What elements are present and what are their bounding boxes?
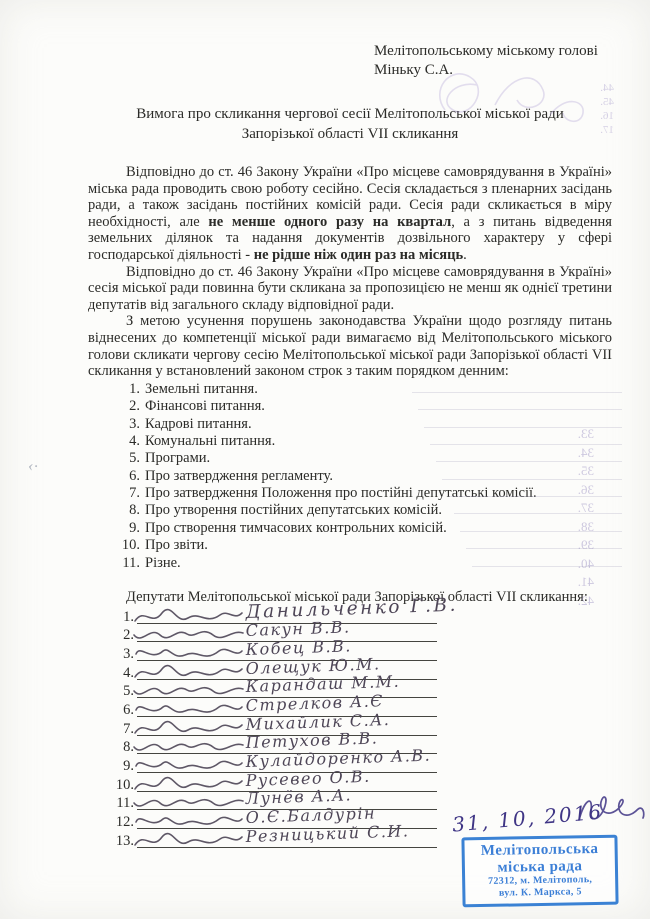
- agenda-item-number: 1.: [88, 381, 140, 398]
- bleedthrough-number: 42.: [568, 593, 594, 609]
- bleedthrough-line: [460, 531, 622, 532]
- bleedthrough-line: [454, 513, 622, 514]
- bleedthrough-line: [418, 409, 622, 410]
- paragraph: Відповідно до ст. 46 Закону України «Про…: [88, 164, 612, 264]
- date-signature-squiggle: [575, 790, 647, 834]
- bleedthrough-line: [442, 479, 622, 480]
- bleedthrough-number: 34.: [568, 445, 594, 461]
- agenda-item: 3.Кадрові питання.: [88, 416, 612, 433]
- agenda-item-text: Про утворення постійних депутатських ком…: [140, 502, 442, 518]
- agenda-item-number: 10.: [88, 537, 140, 554]
- bleedthrough-line: [412, 392, 622, 393]
- body-paragraphs: Відповідно до ст. 46 Закону України «Про…: [88, 164, 612, 380]
- bleedthrough-number: 41.: [568, 574, 594, 590]
- agenda-item-number: 6.: [88, 468, 140, 485]
- agenda-item-text: Про створення тимчасових контрольних ком…: [140, 520, 447, 536]
- agenda-item: 2.Фінансові питання.: [88, 398, 612, 415]
- stamp-line-1: Мелітопольська: [467, 841, 613, 860]
- stamp-line-4: вул. К. Маркса, 5: [467, 886, 613, 901]
- bleedthrough-line: [436, 461, 622, 462]
- bleedthrough-number: 37.: [568, 500, 594, 516]
- bleedthrough-number: 33.: [568, 426, 594, 442]
- document-page: Мелітопольському міському голові Міньку …: [0, 0, 650, 919]
- agenda-item-text: Фінансові питання.: [140, 398, 265, 414]
- agenda-item: 10.Про звіти.: [88, 537, 612, 554]
- signature-name: Данильченко Г.В.: [245, 597, 458, 621]
- agenda-item-text: Програми.: [140, 450, 210, 466]
- agenda-item-text: Про затвердження Положення про постійні …: [140, 485, 537, 501]
- bleedthrough-number: 38.: [568, 519, 594, 535]
- agenda-item-number: 9.: [88, 520, 140, 537]
- signature-name: Резницький С.И.: [245, 823, 409, 845]
- agenda-list: 1.Земельні питання.2.Фінансові питання.3…: [88, 381, 612, 572]
- agenda-item: 4.Комунальні питання.: [88, 433, 612, 450]
- bleedthrough-number: 39.: [568, 537, 594, 553]
- paragraph: Відповідно до ст. 46 Закону України «Про…: [88, 264, 612, 314]
- agenda-item-number: 2.: [88, 398, 140, 415]
- document-content: Мелітопольському міському голові Міньку …: [88, 42, 612, 851]
- official-stamp: Мелітопольська міська рада 72312, м. Мел…: [461, 835, 618, 908]
- agenda-item-text: Кадрові питання.: [140, 416, 252, 432]
- agenda-item: 1.Земельні питання.: [88, 381, 612, 398]
- agenda-item-number: 8.: [88, 502, 140, 519]
- bleedthrough-number: 36.: [568, 482, 594, 498]
- signature-squiggle: [130, 829, 248, 853]
- bleedthrough-number: 35.: [568, 463, 594, 479]
- agenda-item-number: 11.: [88, 555, 140, 572]
- agenda-item-text: Земельні питання.: [140, 381, 258, 397]
- bleedthrough-line: [466, 548, 622, 549]
- agenda-item: 9.Про створення тимчасових контрольних к…: [88, 520, 612, 537]
- agenda-item-text: Про звіти.: [140, 537, 208, 553]
- agenda-item: 5.Програми.: [88, 450, 612, 467]
- agenda-item-text: Про затвердження регламенту.: [140, 468, 333, 484]
- agenda-item-number: 5.: [88, 450, 140, 467]
- bleedthrough-line: [472, 566, 622, 567]
- agenda-item-number: 7.: [88, 485, 140, 502]
- pencil-check-mark: ‹·: [27, 457, 40, 476]
- bleedthrough-line: [448, 496, 622, 497]
- paragraph: З метою усунення порушень законодавства …: [88, 313, 612, 379]
- agenda-item: 6.Про затвердження регламенту.: [88, 468, 612, 485]
- agenda-item-number: 4.: [88, 433, 140, 450]
- bleedthrough-number: 40.: [568, 556, 594, 572]
- agenda-item-text: Комунальні питання.: [140, 433, 275, 449]
- agenda-item-number: 3.: [88, 416, 140, 433]
- agenda-item: 11.Різне.: [88, 555, 612, 572]
- agenda-item: 8.Про утворення постійних депутатських к…: [88, 502, 612, 519]
- agenda-item: 7.Про затвердження Положення про постійн…: [88, 485, 612, 502]
- bleedthrough-flourish: [425, 55, 610, 140]
- agenda-item-text: Різне.: [140, 555, 181, 571]
